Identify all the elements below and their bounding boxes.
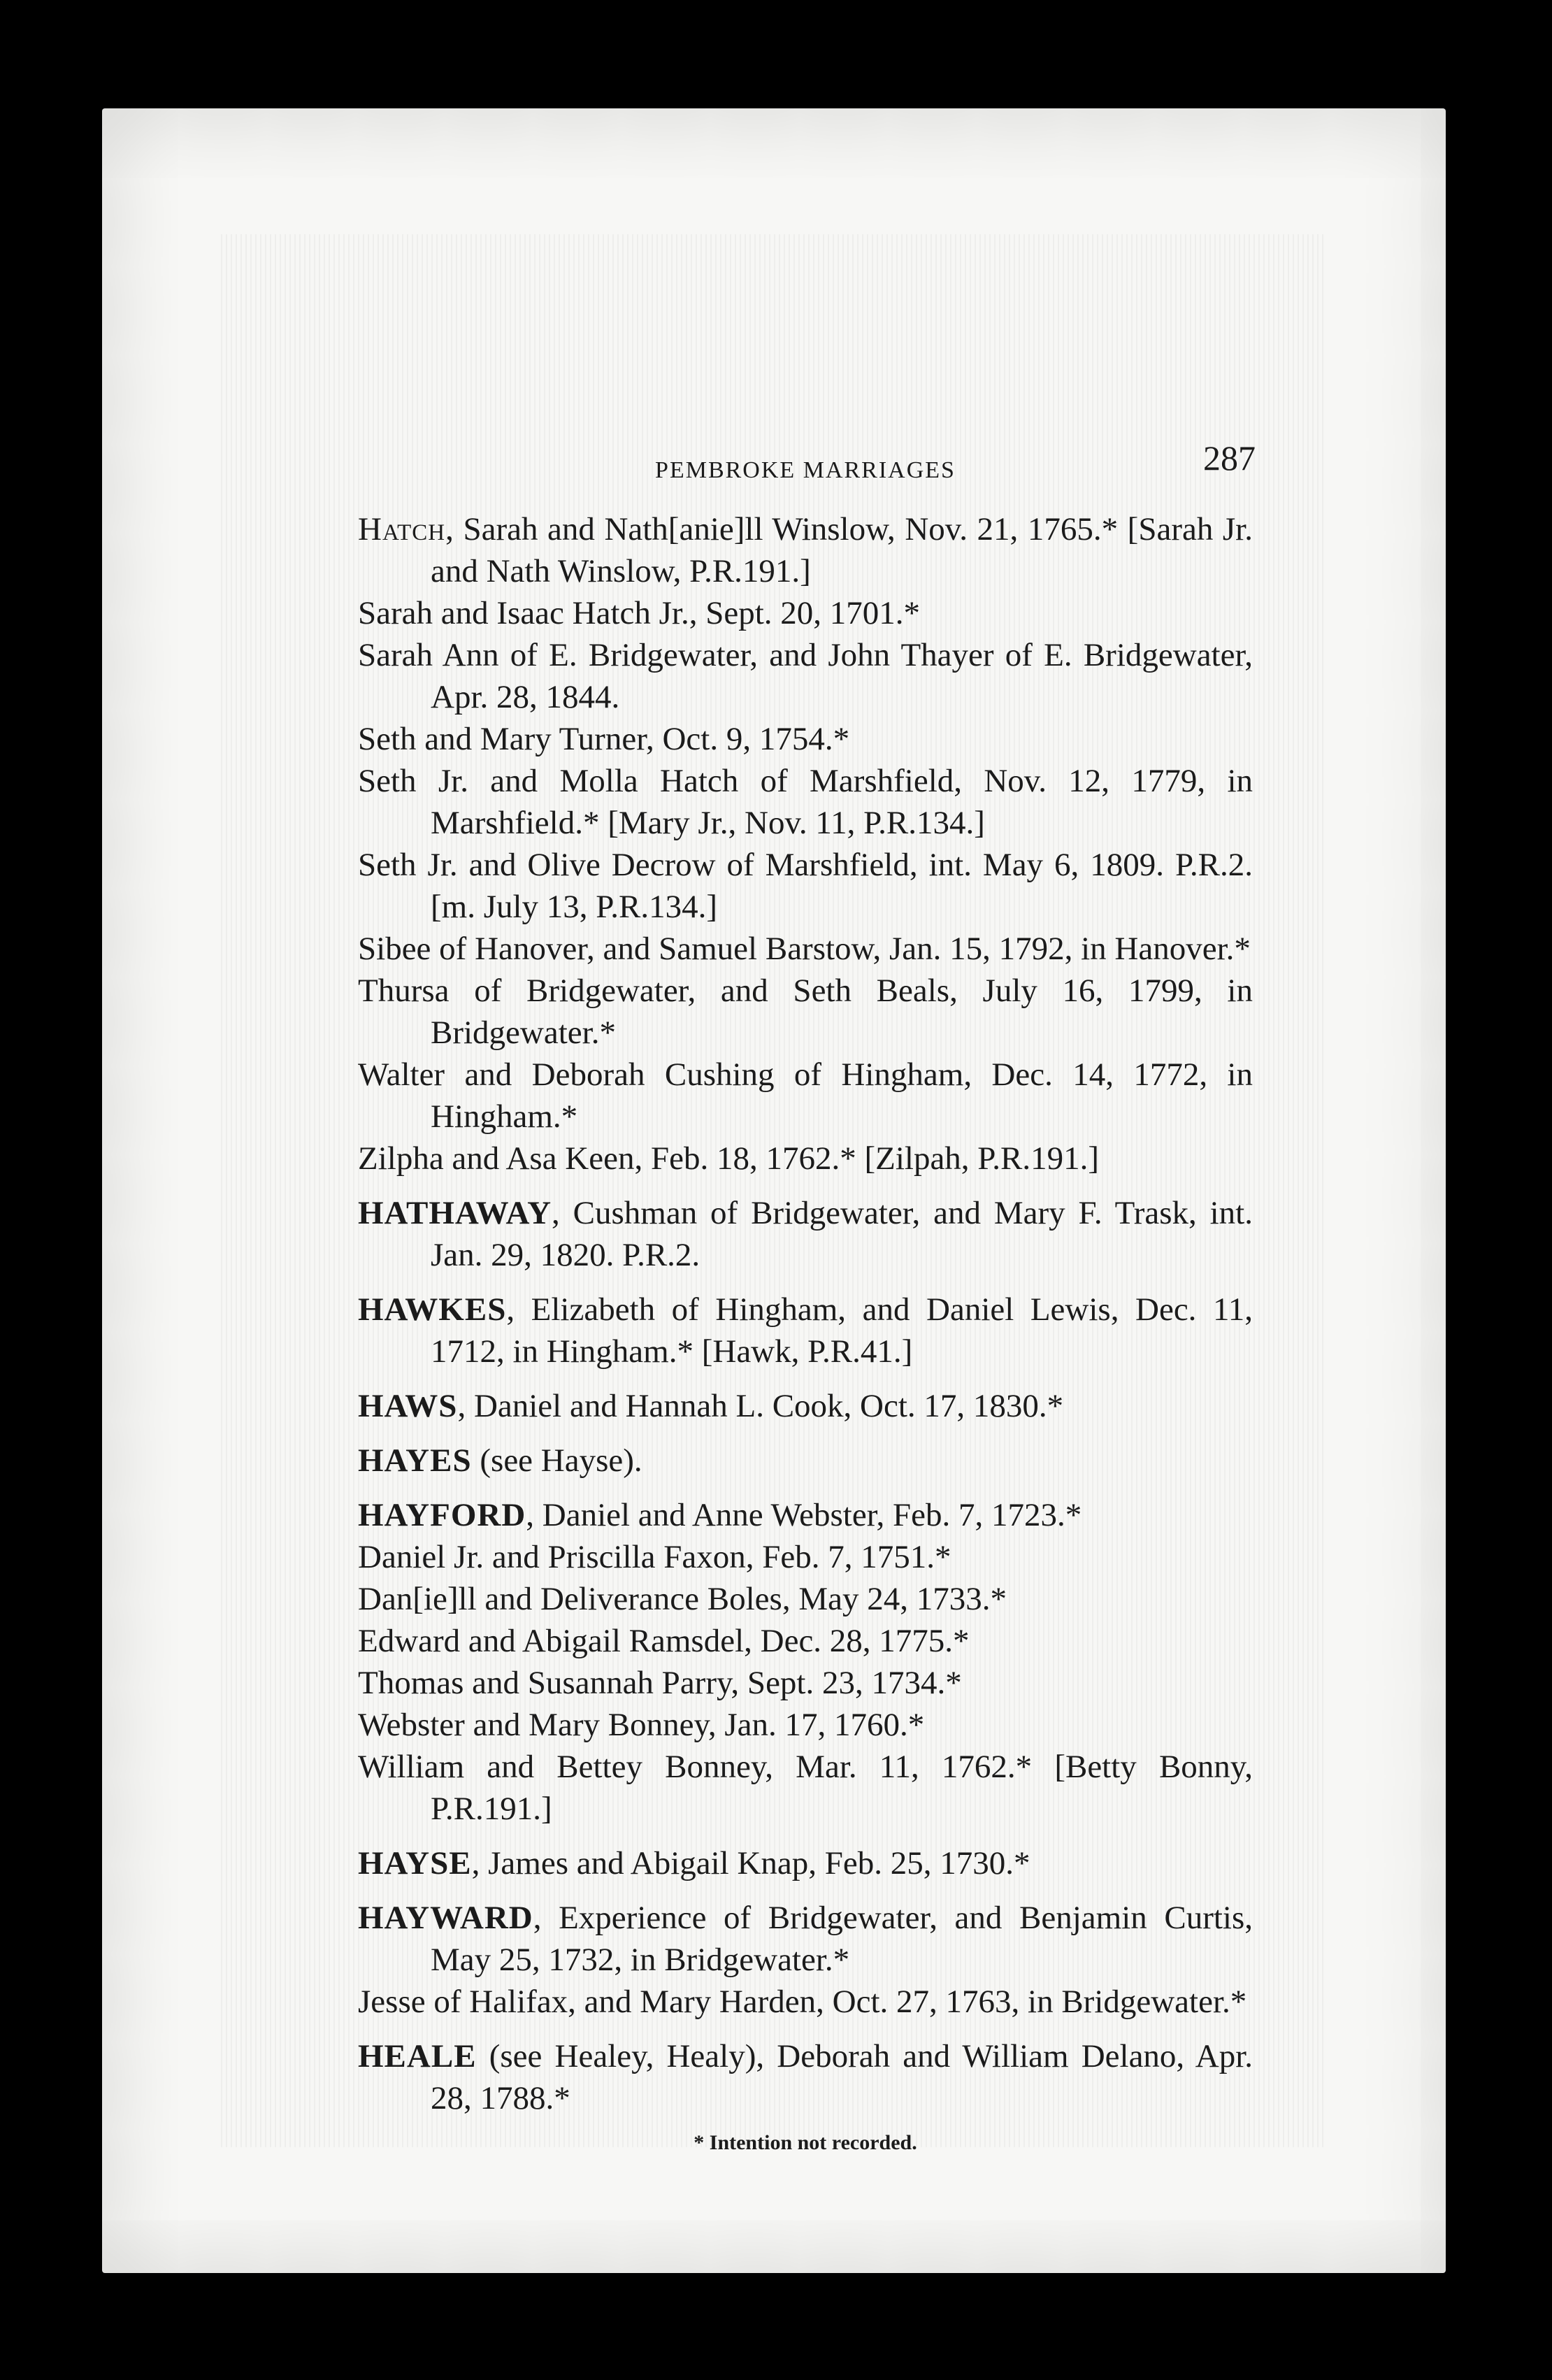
surname-group-hathaway: HATHAWAY, Cushman of Bridgewater, and Ma… bbox=[358, 1192, 1253, 1276]
page-number: 287 bbox=[1203, 437, 1256, 479]
marriage-entry: Seth Jr. and Olive Decrow of Marshfield,… bbox=[358, 844, 1253, 928]
marriage-entry: Zilpha and Asa Keen, Feb. 18, 1762.* [Zi… bbox=[358, 1138, 1253, 1180]
page-text: PEMBROKE MARRIAGES 287 Hatch, Sarah and … bbox=[358, 437, 1253, 2164]
surname-heading: HAWS bbox=[358, 1388, 457, 1424]
marriage-entry: HAWKES, Elizabeth of Hingham, and Daniel… bbox=[358, 1289, 1253, 1372]
marriage-entry: HAYSE, James and Abigail Knap, Feb. 25, … bbox=[358, 1842, 1253, 1884]
marriage-entry: HEALE (see Healey, Healy), Deborah and W… bbox=[358, 2035, 1253, 2119]
surname-heading: HAYSE bbox=[358, 1845, 472, 1881]
marriage-entry: Walter and Deborah Cushing of Hingham, D… bbox=[358, 1054, 1253, 1138]
marriage-entry: Seth Jr. and Molla Hatch of Marshfield, … bbox=[358, 760, 1253, 844]
footnote: * Intention not recorded. bbox=[358, 2122, 1253, 2164]
surname-heading: HAYWARD bbox=[358, 1900, 533, 1936]
surname-group-hayford: HAYFORD, Daniel and Anne Webster, Feb. 7… bbox=[358, 1494, 1253, 1830]
surname-group-hawkes: HAWKES, Elizabeth of Hingham, and Daniel… bbox=[358, 1289, 1253, 1372]
marriage-entry: Seth and Mary Turner, Oct. 9, 1754.* bbox=[358, 718, 1253, 760]
marriage-entry: Sarah and Isaac Hatch Jr., Sept. 20, 170… bbox=[358, 592, 1253, 634]
marriage-entry: HAWS, Daniel and Hannah L. Cook, Oct. 17… bbox=[358, 1385, 1253, 1427]
marriage-entry: William and Bettey Bonney, Mar. 11, 1762… bbox=[358, 1746, 1253, 1830]
surname-group-hayes: HAYES (see Hayse). bbox=[358, 1440, 1253, 1482]
marriage-entry: Edward and Abigail Ramsdel, Dec. 28, 177… bbox=[358, 1620, 1253, 1662]
marriage-entry: Webster and Mary Bonney, Jan. 17, 1760.* bbox=[358, 1704, 1253, 1746]
marriage-entry: Dan[ie]ll and Deliverance Boles, May 24,… bbox=[358, 1578, 1253, 1620]
surname-group-heale: HEALE (see Healey, Healy), Deborah and W… bbox=[358, 2035, 1253, 2119]
marriage-entry: HAYWARD, Experience of Bridgewater, and … bbox=[358, 1897, 1253, 1981]
surname-heading: HATHAWAY bbox=[358, 1195, 552, 1231]
surname-heading: HAWKES bbox=[358, 1291, 506, 1328]
surname-heading: HEALE bbox=[358, 2038, 477, 2074]
marriage-entry: Hatch, Sarah and Nath[anie]ll Winslow, N… bbox=[358, 508, 1253, 592]
surname-heading: HAYFORD bbox=[358, 1497, 526, 1533]
running-head: PEMBROKE MARRIAGES 287 bbox=[358, 437, 1253, 493]
marriage-entry: Sarah Ann of E. Bridgewater, and John Th… bbox=[358, 634, 1253, 718]
surname-heading: Hatch bbox=[358, 511, 445, 547]
cross-reference-entry: HAYES (see Hayse). bbox=[358, 1440, 1253, 1482]
running-title: PEMBROKE MARRIAGES bbox=[358, 450, 1253, 492]
marriage-entry: HATHAWAY, Cushman of Bridgewater, and Ma… bbox=[358, 1192, 1253, 1276]
scanned-page: PEMBROKE MARRIAGES 287 Hatch, Sarah and … bbox=[102, 108, 1446, 2273]
marriage-entry: Jesse of Halifax, and Mary Harden, Oct. … bbox=[358, 1981, 1253, 2023]
surname-group-hatch: Hatch, Sarah and Nath[anie]ll Winslow, N… bbox=[358, 508, 1253, 1180]
surname-heading: HAYES bbox=[358, 1442, 472, 1479]
surname-group-haws: HAWS, Daniel and Hannah L. Cook, Oct. 17… bbox=[358, 1385, 1253, 1427]
marriage-entry: Thursa of Bridgewater, and Seth Beals, J… bbox=[358, 970, 1253, 1054]
surname-group-hayward: HAYWARD, Experience of Bridgewater, and … bbox=[358, 1897, 1253, 2023]
marriage-entry: HAYFORD, Daniel and Anne Webster, Feb. 7… bbox=[358, 1494, 1253, 1536]
marriage-entry: Sibee of Hanover, and Samuel Barstow, Ja… bbox=[358, 928, 1253, 970]
marriage-entry: Daniel Jr. and Priscilla Faxon, Feb. 7, … bbox=[358, 1536, 1253, 1578]
marriage-entry: Thomas and Susannah Parry, Sept. 23, 173… bbox=[358, 1662, 1253, 1704]
surname-group-hayse: HAYSE, James and Abigail Knap, Feb. 25, … bbox=[358, 1842, 1253, 1884]
